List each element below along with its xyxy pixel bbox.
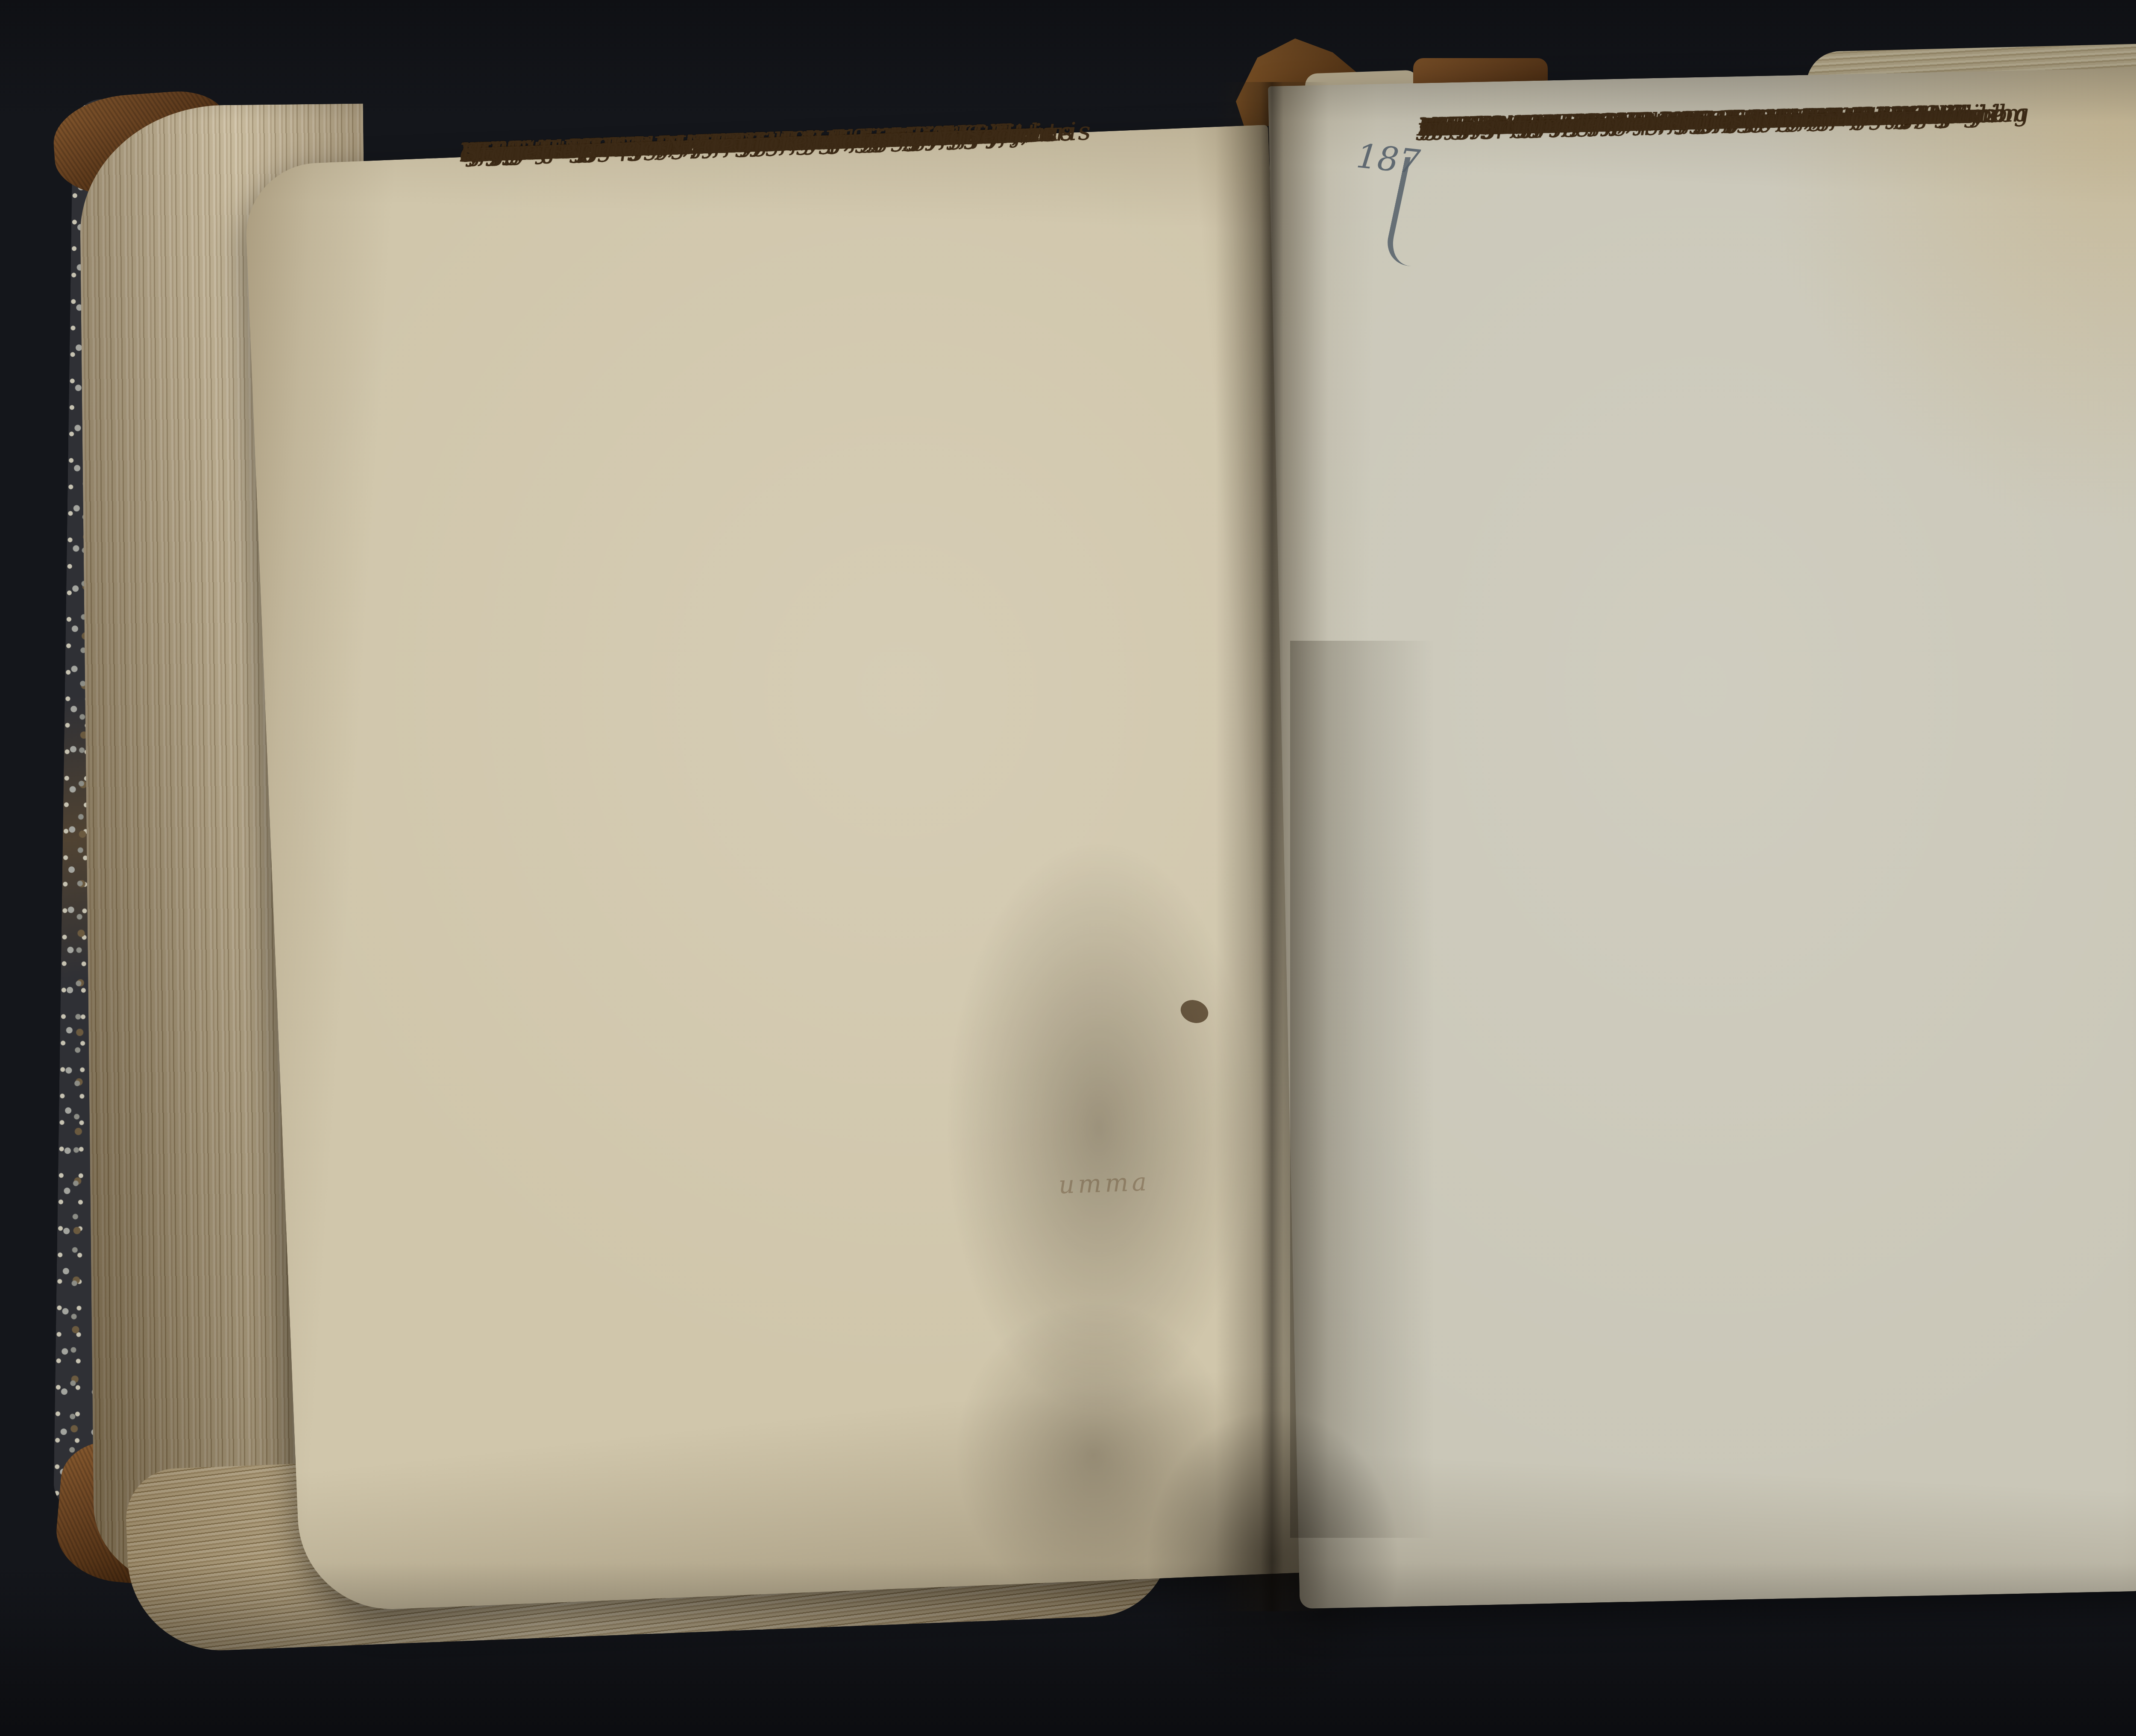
manuscript-photograph: haffuer kundett bettald hans Maÿtts.Leÿe… [0, 0, 2136, 1736]
show-through-text: umma [1058, 1167, 1150, 1199]
gutter-bottom-shadow [1094, 1303, 1452, 1730]
left-page-text: haffuer kundett bettald hans Maÿtts.Leÿe… [459, 103, 1262, 132]
